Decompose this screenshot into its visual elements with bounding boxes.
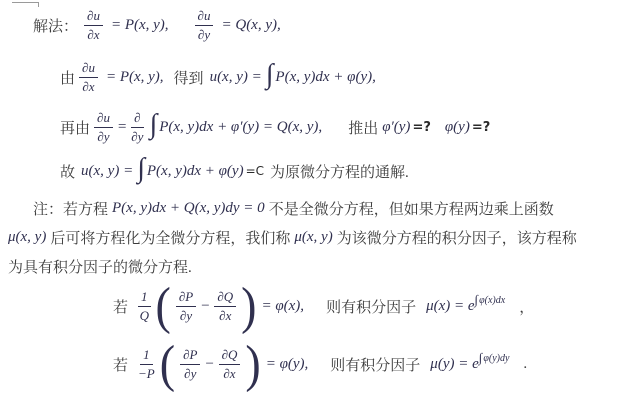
solution-label: 解法： [33, 15, 78, 36]
if-label: 若 [113, 354, 128, 375]
phi-y: φ(y) [445, 119, 470, 136]
exponent: ∫φ(x)dx [475, 291, 506, 307]
frac-numerator: 1 [138, 289, 151, 307]
obtain-label: 得到 [174, 67, 204, 88]
equals-sign: = [117, 119, 127, 136]
frac-dp-dy: ∂P ∂y [180, 347, 200, 381]
frac-du-dy: ∂u ∂y [94, 110, 113, 144]
u-equals: u(x, y) = [81, 163, 133, 180]
frac-denominator: ∂x [87, 26, 99, 43]
line-derive-phi: 再由 ∂u ∂y = ∂ ∂y ∫ P(x, y)dx + φ′(y) = Q(… [60, 106, 490, 148]
mu-equals-e: μ(x) = e [426, 298, 474, 314]
integral-icon: ∫ [137, 155, 145, 183]
frac-numerator: ∂ [131, 110, 143, 128]
frac-denominator: ∂x [223, 365, 235, 382]
exponent-body: φ(x)dx [479, 295, 505, 306]
frac-denominator: ∂y [180, 307, 192, 324]
document-page: 解法： ∂u ∂x = P(x, y), ∂u ∂y = Q(x, y), 由 … [0, 0, 622, 397]
frac-numerator: ∂u [79, 60, 98, 78]
if-label: 若 [113, 296, 128, 317]
then-factor-text: 则有积分因子 [326, 296, 416, 317]
trailing-period: . [523, 356, 527, 373]
note-text: 后可将方程化为全微分方程，我们称 [50, 227, 290, 248]
integral-icon: ∫ [475, 292, 479, 307]
frac-denominator: −P [138, 365, 155, 382]
equals-phi-y: = φ(y), [266, 356, 309, 373]
line-solution-method: 解法： ∂u ∂x = P(x, y), ∂u ∂y = Q(x, y), [33, 6, 281, 44]
note-paragraph-row-2: μ(x, y) 后可将方程化为全微分方程，我们称 μ(x, y) 为该微分方程的… [8, 225, 577, 249]
frac-numerator: ∂P [176, 289, 196, 307]
note-text: 为该微分方程的积分因子，该方程称 [337, 227, 577, 248]
equals-c-constant: =C [246, 164, 264, 178]
minus-sign: − [204, 356, 214, 373]
integrand-equation: P(x, y)dx + φ′(y) = Q(x, y), [159, 119, 322, 136]
frac-dp-dy: ∂P ∂y [176, 289, 196, 323]
line-derive-u: 由 ∂u ∂x = P(x, y), 得到 u(x, y) = ∫ P(x, y… [60, 56, 376, 98]
frac-denominator: ∂y [97, 128, 109, 145]
again-from-label: 再由 [60, 117, 90, 138]
frac-denominator: ∂y [184, 365, 196, 382]
minus-sign: − [200, 298, 210, 315]
frac-numerator: ∂P [180, 347, 200, 365]
integral-icon: ∫ [479, 350, 483, 365]
frac-dq-dx: ∂Q ∂x [214, 289, 236, 323]
therefore-label: 故 [60, 161, 75, 182]
exponent-body: φ(y)dy [483, 353, 509, 364]
integral-icon: ∫ [150, 111, 158, 139]
frac-du-dx: ∂u ∂x [79, 60, 98, 94]
mu-xy: μ(x, y) [8, 229, 46, 246]
integral-icon: ∫ [266, 61, 274, 89]
deduce-label: 推出 [348, 117, 378, 138]
frac-denominator: ∂x [82, 78, 94, 95]
trailing-comma: ， [519, 296, 534, 317]
frac-denominator: ∂y [198, 26, 210, 43]
frac-du-dy: ∂u ∂y [195, 8, 214, 42]
mu-y-formula: μ(y) = e∫φ(y)dy [430, 355, 509, 373]
integrand-plus-phi: P(x, y)dx + φ(y), [275, 69, 375, 86]
frac-1-over-q: 1 Q [138, 289, 151, 323]
frac-numerator: ∂u [94, 110, 113, 128]
line-integrating-factor-y: 若 1 −P ( ∂P ∂y − ∂Q ∂x ) = φ(y), 则有积分因子 … [113, 337, 527, 391]
equation-p: = P(x, y), [111, 17, 169, 34]
line-integrating-factor-x: 若 1 Q ( ∂P ∂y − ∂Q ∂x ) = φ(x), 则有积分因子 μ… [113, 282, 534, 330]
equation-p: = P(x, y), [106, 69, 164, 86]
frac-numerator: 1 [140, 347, 153, 365]
frac-denominator: Q [140, 307, 149, 324]
note-label: 注：若方程 [33, 198, 108, 219]
phi-prime-y: φ′(y) [382, 119, 410, 136]
note-text: 为具有积分因子的微分方程. [8, 256, 192, 277]
mu-equals-e: μ(y) = e [430, 356, 478, 372]
frac-numerator: ∂u [195, 8, 214, 26]
frac-d-dy: ∂ ∂y [131, 110, 143, 144]
equals-question: =? [412, 120, 430, 135]
pdx-qdy-equation: P(x, y)dx + Q(x, y)dy = 0 [112, 200, 265, 217]
exponent: ∫φ(y)dy [479, 349, 510, 365]
frac-du-dx: ∂u ∂x [84, 8, 103, 42]
line-general-solution: 故 u(x, y) = ∫ P(x, y)dx + φ(y) =C 为原微分方程… [60, 153, 409, 189]
frac-1-over-negp: 1 −P [138, 347, 155, 381]
frac-denominator: ∂y [131, 128, 143, 145]
note-paragraph-row-1: 注：若方程 P(x, y)dx + Q(x, y)dy = 0 不是全微分方程，… [33, 196, 554, 220]
frac-numerator: ∂Q [214, 289, 236, 307]
u-equals: u(x, y) = [210, 69, 262, 86]
then-factor-text: 则有积分因子 [330, 354, 420, 375]
general-solution-text: 为原微分方程的通解. [270, 161, 409, 182]
frac-numerator: ∂Q [219, 347, 241, 365]
integrand-plus-phi: P(x, y)dx + φ(y) [147, 163, 244, 180]
frac-denominator: ∂x [219, 307, 231, 324]
frac-numerator: ∂u [84, 8, 103, 26]
note-paragraph-row-3: 为具有积分因子的微分方程. [8, 254, 192, 278]
frac-dq-dx: ∂Q ∂x [219, 347, 241, 381]
equals-phi-x: = φ(x), [261, 298, 304, 315]
note-text: 不是全微分方程，但如果方程两边乘上函数 [269, 198, 554, 219]
mu-x-formula: μ(x) = e∫φ(x)dx [426, 297, 505, 315]
from-label: 由 [60, 67, 75, 88]
equation-q: = Q(x, y), [221, 17, 280, 34]
mu-xy: μ(x, y) [294, 229, 332, 246]
equals-question: =? [472, 120, 490, 135]
